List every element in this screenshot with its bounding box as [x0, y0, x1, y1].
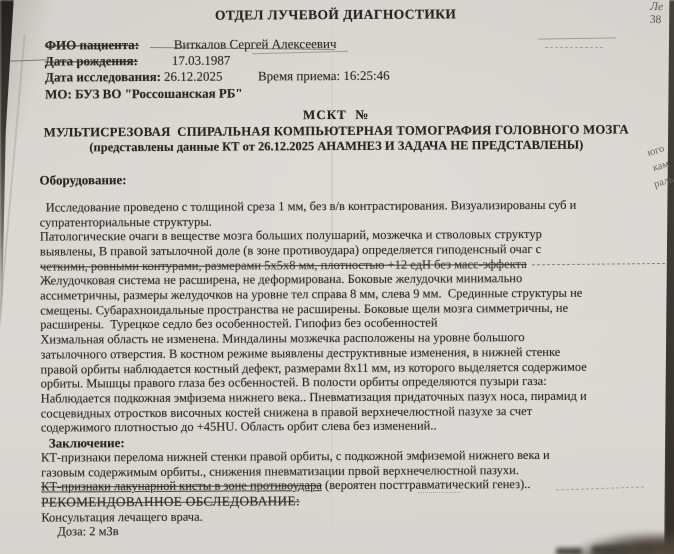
birth-date-value: 17.03.1987 [172, 53, 231, 70]
patient-name-label: ФИО пациента: [45, 37, 174, 54]
admission-time-label: Время приема: [258, 68, 340, 85]
conclusion-text: (вероятен посттравматический генез).. [322, 477, 531, 492]
dose-line: Доза: 2 мЗв [41, 522, 651, 540]
patient-name-value: Виткалов Сергей Алексеевич [174, 36, 337, 53]
struck-conclusion-text: КТ-признаки лакунарной кисты в зоне прот… [41, 479, 322, 494]
cutoff-text-blob [634, 547, 652, 554]
study-date-value: 26.12.2025 [164, 69, 258, 86]
report-body: Исследование проведено с толщиной среза … [40, 197, 652, 539]
study-date-label: Дата исследования: [45, 69, 164, 86]
department-title: ОТДЕЛ ЛУЧЕВОЙ ДИАГНОСТИКИ [0, 5, 673, 25]
cutoff-text-blob [556, 548, 582, 554]
cutoff-text-blob [592, 546, 626, 554]
struck-text: четкими, ровными контурами, размерами 5х… [40, 257, 527, 274]
document-photo: ОТДЕЛ ЛУЧЕВОЙ ДИАГНОСТИКИ ФИО пациента: … [0, 0, 674, 554]
medical-org-row: МО: БУЗ ВО "Россошанская РБ" [45, 83, 673, 102]
medical-org-value: МО: БУЗ ВО "Россошанская РБ" [45, 85, 243, 102]
report-document: ОТДЕЛ ЛУЧЕВОЙ ДИАГНОСТИКИ ФИО пациента: … [0, 0, 674, 540]
admission-time-value: 16:25:46 [343, 68, 389, 84]
recommended-exam-label: РЕКОМЕНДОВАННОЕ ОБСЛЕДОВАНИЕ: [41, 493, 300, 509]
patient-info-block: ФИО пациента: Виткалов Сергей Алексеевич… [45, 34, 673, 102]
study-subtitle: (представлены данные КТ от 26.12.2025 АН… [0, 137, 673, 156]
equipment-label: Оборудование: [39, 169, 673, 188]
birth-date-label: Дата рождения: [45, 53, 172, 70]
